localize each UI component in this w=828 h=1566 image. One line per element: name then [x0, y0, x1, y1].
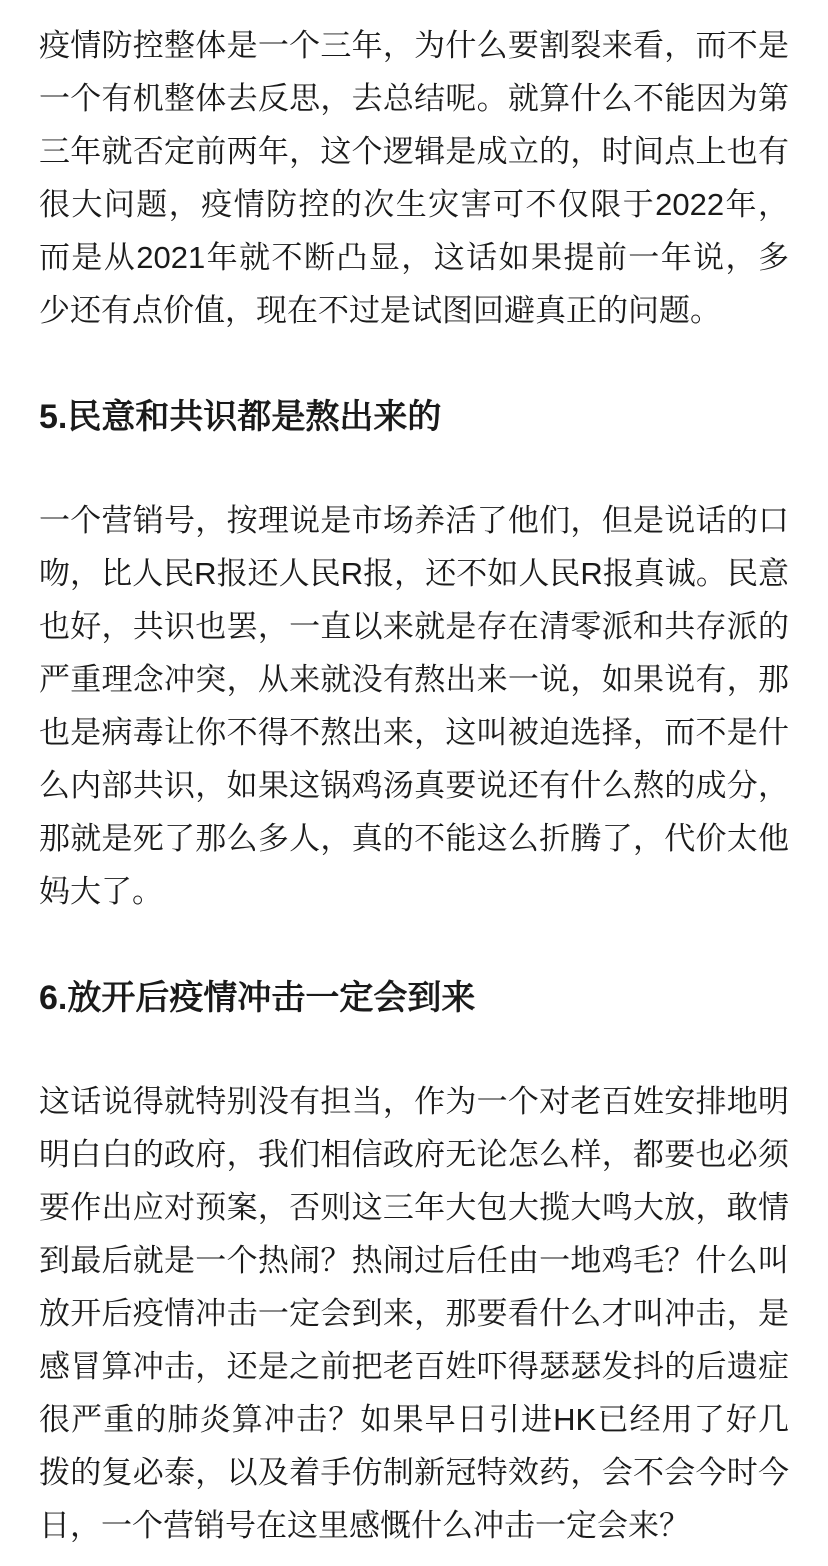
- article-paragraph-2: 一个营销号，按理说是市场养活了他们，但是说话的口吻，比人民R报还人民R报，还不如…: [39, 494, 789, 918]
- article-paragraph-3: 这话说得就特别没有担当，作为一个对老百姓安排地明明白白的政府，我们相信政府无论怎…: [39, 1075, 789, 1552]
- article-paragraph-1: 疫情防控整体是一个三年，为什么要割裂来看，而不是一个有机整体去反思，去总结呢。就…: [39, 19, 789, 337]
- section-heading-6: 6.放开后疫情冲击一定会到来: [39, 972, 789, 1025]
- section-heading-5: 5.民意和共识都是熬出来的: [39, 391, 789, 444]
- article-body: 疫情防控整体是一个三年，为什么要割裂来看，而不是一个有机整体去反思，去总结呢。就…: [0, 0, 828, 1552]
